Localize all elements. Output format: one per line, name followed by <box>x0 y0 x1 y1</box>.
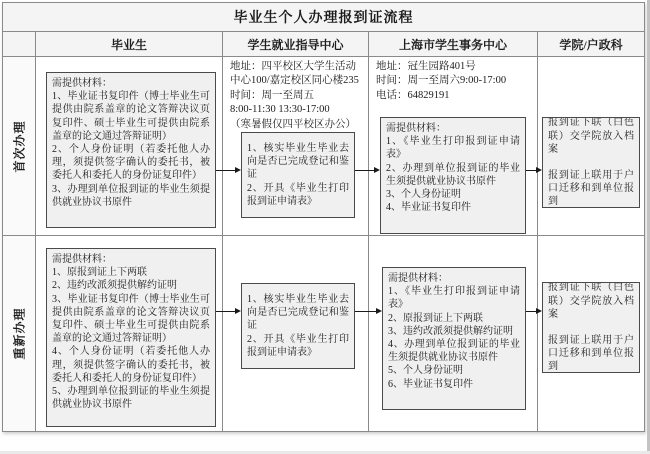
materials-box-first-graduate: 需提供材料： 1、毕业证书复印件（博士毕业生可提供由院系盖章的论文答辩决议页复印… <box>46 72 216 228</box>
steps-box-reissue-guidance: 1、核实毕业生毕业去向是否已完成登记和鉴证 2、开具《毕业生打印报到证申请表》 <box>241 283 355 369</box>
row-label-reissue-text: 重新办理 <box>11 307 28 359</box>
materials-text-first-affairs: 需提供材料： 1、《毕业生打印报到证申请表》 2、办理到单位报到证的毕业生须提供… <box>381 118 525 218</box>
affairs-center-address-info: 地址：冠生园路401号 时间：周一至周六9:00-17:00 电话：648291… <box>369 57 537 103</box>
column-header-affairs-center: 上海市学生事务中心 <box>369 32 538 57</box>
note-text-first-college: 报到证下联（白色联）交学院放入档案 报到证上联用于户口迁移和到单位报到 <box>543 117 639 208</box>
note-box-reissue-college: 报到证下联（白色联）交学院放入档案 报到证上联用于户口迁移和到单位报到 <box>542 282 640 373</box>
flow-arrow-first-graduate-to-guidance <box>216 170 235 171</box>
materials-box-first-affairs: 需提供材料： 1、《毕业生打印报到证申请表》 2、办理到单位报到证的毕业生须提供… <box>380 117 526 234</box>
note-box-first-college: 报到证下联（白色联）交学院放入档案 报到证上联用于户口迁移和到单位报到 <box>542 117 640 208</box>
flow-arrow-reissue-graduate-to-guidance <box>216 311 235 312</box>
flow-arrow-reissue-affairs-to-college <box>526 311 536 312</box>
column-header-guidance-center: 学生就业指导中心 <box>223 32 369 57</box>
steps-text-first-guidance: 1、核实毕业生毕业去向是否已完成登记和鉴证 2、开具《毕业生打印报到证申请表》 <box>242 138 354 212</box>
column-header-graduate: 毕业生 <box>36 32 223 57</box>
steps-box-first-guidance: 1、核实毕业生毕业去向是否已完成登记和鉴证 2、开具《毕业生打印报到证申请表》 <box>241 132 355 218</box>
flow-arrow-reissue-guidance-to-affairs <box>355 311 376 312</box>
page-title: 毕业生个人办理报到证流程 <box>3 3 644 32</box>
corner-cell <box>3 32 36 57</box>
materials-text-reissue-graduate: 需提供材料： 1、原报到证上下两联 2、违约改派须提供解约证明 3、毕业证书复印… <box>47 249 215 415</box>
materials-text-first-graduate: 需提供材料： 1、毕业证书复印件（博士毕业生可提供由院系盖章的论文答辩决议页复印… <box>47 73 215 213</box>
materials-box-reissue-graduate: 需提供材料： 1、原报到证上下两联 2、违约改派须提供解约证明 3、毕业证书复印… <box>46 248 216 427</box>
row-label-reissue: 重新办理 <box>3 236 36 431</box>
note-text-reissue-college: 报到证下联（白色联）交学院放入档案 报到证上联用于户口迁移和到单位报到 <box>543 282 639 373</box>
column-header-college: 学院/户政科 <box>538 32 644 57</box>
cell-reissue-graduate: 需提供材料： 1、原报到证上下两联 2、违约改派须提供解约证明 3、毕业证书复印… <box>36 236 223 431</box>
cell-first-guidance-center: 地址：四平校区大学生活动中心100/嘉定校区同心楼235 时间：周一至周五 8:… <box>223 57 369 236</box>
guidance-center-address-info: 地址：四平校区大学生活动中心100/嘉定校区同心楼235 时间：周一至周五 8:… <box>223 57 368 132</box>
flowchart-table: 毕业生个人办理报到证流程 毕业生 学生就业指导中心 上海市学生事务中心 学院/户… <box>2 2 645 432</box>
cell-first-college: 报到证下联（白色联）交学院放入档案 报到证上联用于户口迁移和到单位报到 <box>538 57 644 236</box>
steps-text-reissue-guidance: 1、核实毕业生毕业去向是否已完成登记和鉴证 2、开具《毕业生打印报到证申请表》 <box>242 289 354 363</box>
cell-reissue-guidance-center: 1、核实毕业生毕业去向是否已完成登记和鉴证 2、开具《毕业生打印报到证申请表》 <box>223 236 369 431</box>
scanned-flowchart-page: 毕业生个人办理报到证流程 毕业生 学生就业指导中心 上海市学生事务中心 学院/户… <box>0 0 650 454</box>
cell-reissue-affairs-center: 需提供材料： 1、《毕业生打印报到证申请表》 2、原报到证上下两联 3、违约改派… <box>369 236 538 431</box>
cell-first-graduate: 需提供材料： 1、毕业证书复印件（博士毕业生可提供由院系盖章的论文答辩决议页复印… <box>36 57 223 236</box>
cell-reissue-college: 报到证下联（白色联）交学院放入档案 报到证上联用于户口迁移和到单位报到 <box>538 236 644 431</box>
flow-arrow-first-affairs-to-college <box>526 170 536 171</box>
materials-text-reissue-affairs: 需提供材料： 1、《毕业生打印报到证申请表》 2、原报到证上下两联 3、违约改派… <box>383 268 525 395</box>
row-label-first-time: 首次办理 <box>3 57 36 236</box>
materials-box-reissue-affairs: 需提供材料： 1、《毕业生打印报到证申请表》 2、原报到证上下两联 3、违约改派… <box>382 267 526 410</box>
flow-arrow-first-guidance-to-affairs <box>355 170 374 171</box>
cell-first-affairs-center: 地址：冠生园路401号 时间：周一至周六9:00-17:00 电话：648291… <box>369 57 538 236</box>
row-label-first-time-text: 首次办理 <box>11 120 28 172</box>
